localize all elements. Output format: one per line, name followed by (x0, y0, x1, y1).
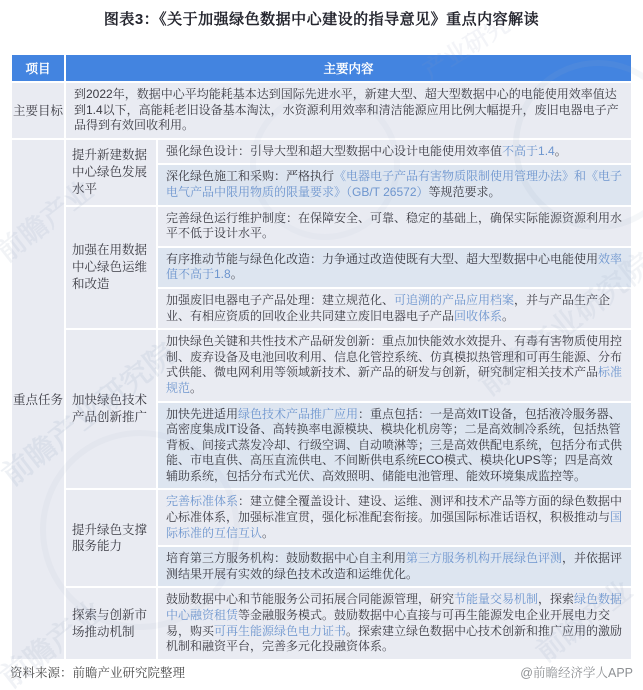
content-item: 有序推动节能与绿色化改造：力争通过改造使既有大型、超大型数据中心电能使用效率值不… (158, 248, 631, 287)
table-row-key-task-4: 提升绿色支撑服务能力 完善标准体系：建立健全覆盖设计、建设、运维、测评和技术产品… (12, 490, 631, 586)
column-header-item: 项目 (12, 55, 64, 81)
content-cell: 完善绿色运行维护制度：在保障安全、可靠、稳定的基础上，确保实际能源资源利用水平不… (158, 207, 631, 329)
footer-credit: @前瞻经济学人APP (520, 663, 633, 681)
table-row-key-task-2: 加强在用数据中心绿色运维和改造 完善绿色运行维护制度：在保障安全、可靠、稳定的基… (12, 207, 631, 329)
table-row-key-task-1: 重点任务 提升新建数据中心绿色发展水平 强化绿色设计：引导大型和超大型数据中心设… (12, 140, 631, 205)
content-item: 强化绿色设计：引导大型和超大型数据中心设计电能使用效率值不高于1.4。 (158, 140, 631, 164)
content-item: 培育第三方服务机构：鼓励数据中心自主利用第三方服务机构开展绿色评测，并依据评测结… (158, 547, 631, 586)
subcategory-cell: 提升绿色支撑服务能力 (66, 490, 156, 586)
subcategory-cell: 提升新建数据中心绿色发展水平 (66, 140, 156, 205)
content-item: 加快先进适用绿色技术产品推广应用：重点包括：一是高效IT设备，包括液冷服务器、高… (158, 403, 631, 489)
footer-source: 资料来源：前瞻产业研究院整理 (10, 663, 185, 681)
content-cell: 到2022年，数据中心平均能耗基本达到国际先进水平，新建大型、超大型数据中心的电… (66, 83, 631, 138)
content-item: 完善绿色运行维护制度：在保障安全、可靠、稳定的基础上，确保实际能源资源利用水平不… (158, 207, 631, 246)
content-item: 到2022年，数据中心平均能耗基本达到国际先进水平，新建大型、超大型数据中心的电… (66, 83, 631, 138)
content-table: 项目 主要内容 主要目标 到2022年，数据中心平均能耗基本达到国际先进水平，新… (10, 53, 633, 661)
column-header-main-content: 主要内容 (66, 55, 631, 81)
table-header-row: 项目 主要内容 (12, 55, 631, 81)
page-title: 图表3：《关于加强绿色数据中心建设的指导意见》重点内容解读 (0, 0, 643, 29)
content-item: 鼓励数据中心和节能服务公司拓展合同能源管理，研究节能量交易机制，探索绿色数据中心… (158, 588, 631, 658)
footer: 资料来源：前瞻产业研究院整理 @前瞻经济学人APP (10, 663, 633, 681)
category-cell-key-tasks: 重点任务 (12, 140, 64, 659)
content-item: 加强废旧电器电子产品处理：建立规范化、可追溯的产品应用档案，并与产品生产企业、有… (158, 289, 631, 328)
content-cell: 强化绿色设计：引导大型和超大型数据中心设计电能使用效率值不高于1.4。 深化绿色… (158, 140, 631, 205)
content-cell: 鼓励数据中心和节能服务公司拓展合同能源管理，研究节能量交易机制，探索绿色数据中心… (158, 588, 631, 658)
content-cell: 加快绿色关键和共性技术产品研发创新：重点加快能效水效提升、有毒有害物质使用控制、… (158, 330, 631, 488)
content-item: 完善标准体系：建立健全覆盖设计、建设、运维、测评和技术产品等方面的绿色数据中心标… (158, 490, 631, 545)
table-row-key-task-5: 探索与创新市场推动机制 鼓励数据中心和节能服务公司拓展合同能源管理，研究节能量交… (12, 588, 631, 658)
subcategory-cell: 加快绿色技术产品创新推广 (66, 330, 156, 488)
content-item: 加快绿色关键和共性技术产品研发创新：重点加快能效水效提升、有毒有害物质使用控制、… (158, 330, 631, 400)
subcategory-cell: 加强在用数据中心绿色运维和改造 (66, 207, 156, 329)
content-cell: 完善标准体系：建立健全覆盖设计、建设、运维、测评和技术产品等方面的绿色数据中心标… (158, 490, 631, 586)
subcategory-cell: 探索与创新市场推动机制 (66, 588, 156, 658)
table-row-key-task-3: 加快绿色技术产品创新推广 加快绿色关键和共性技术产品研发创新：重点加快能效水效提… (12, 330, 631, 488)
category-cell-main-goal: 主要目标 (12, 83, 64, 138)
table-row-main-goal: 主要目标 到2022年，数据中心平均能耗基本达到国际先进水平，新建大型、超大型数… (12, 83, 631, 138)
content-item: 深化绿色施工和采购：严格执行《电器电子产品有害物质限制使用管理办法》和《电子电气… (158, 165, 631, 204)
